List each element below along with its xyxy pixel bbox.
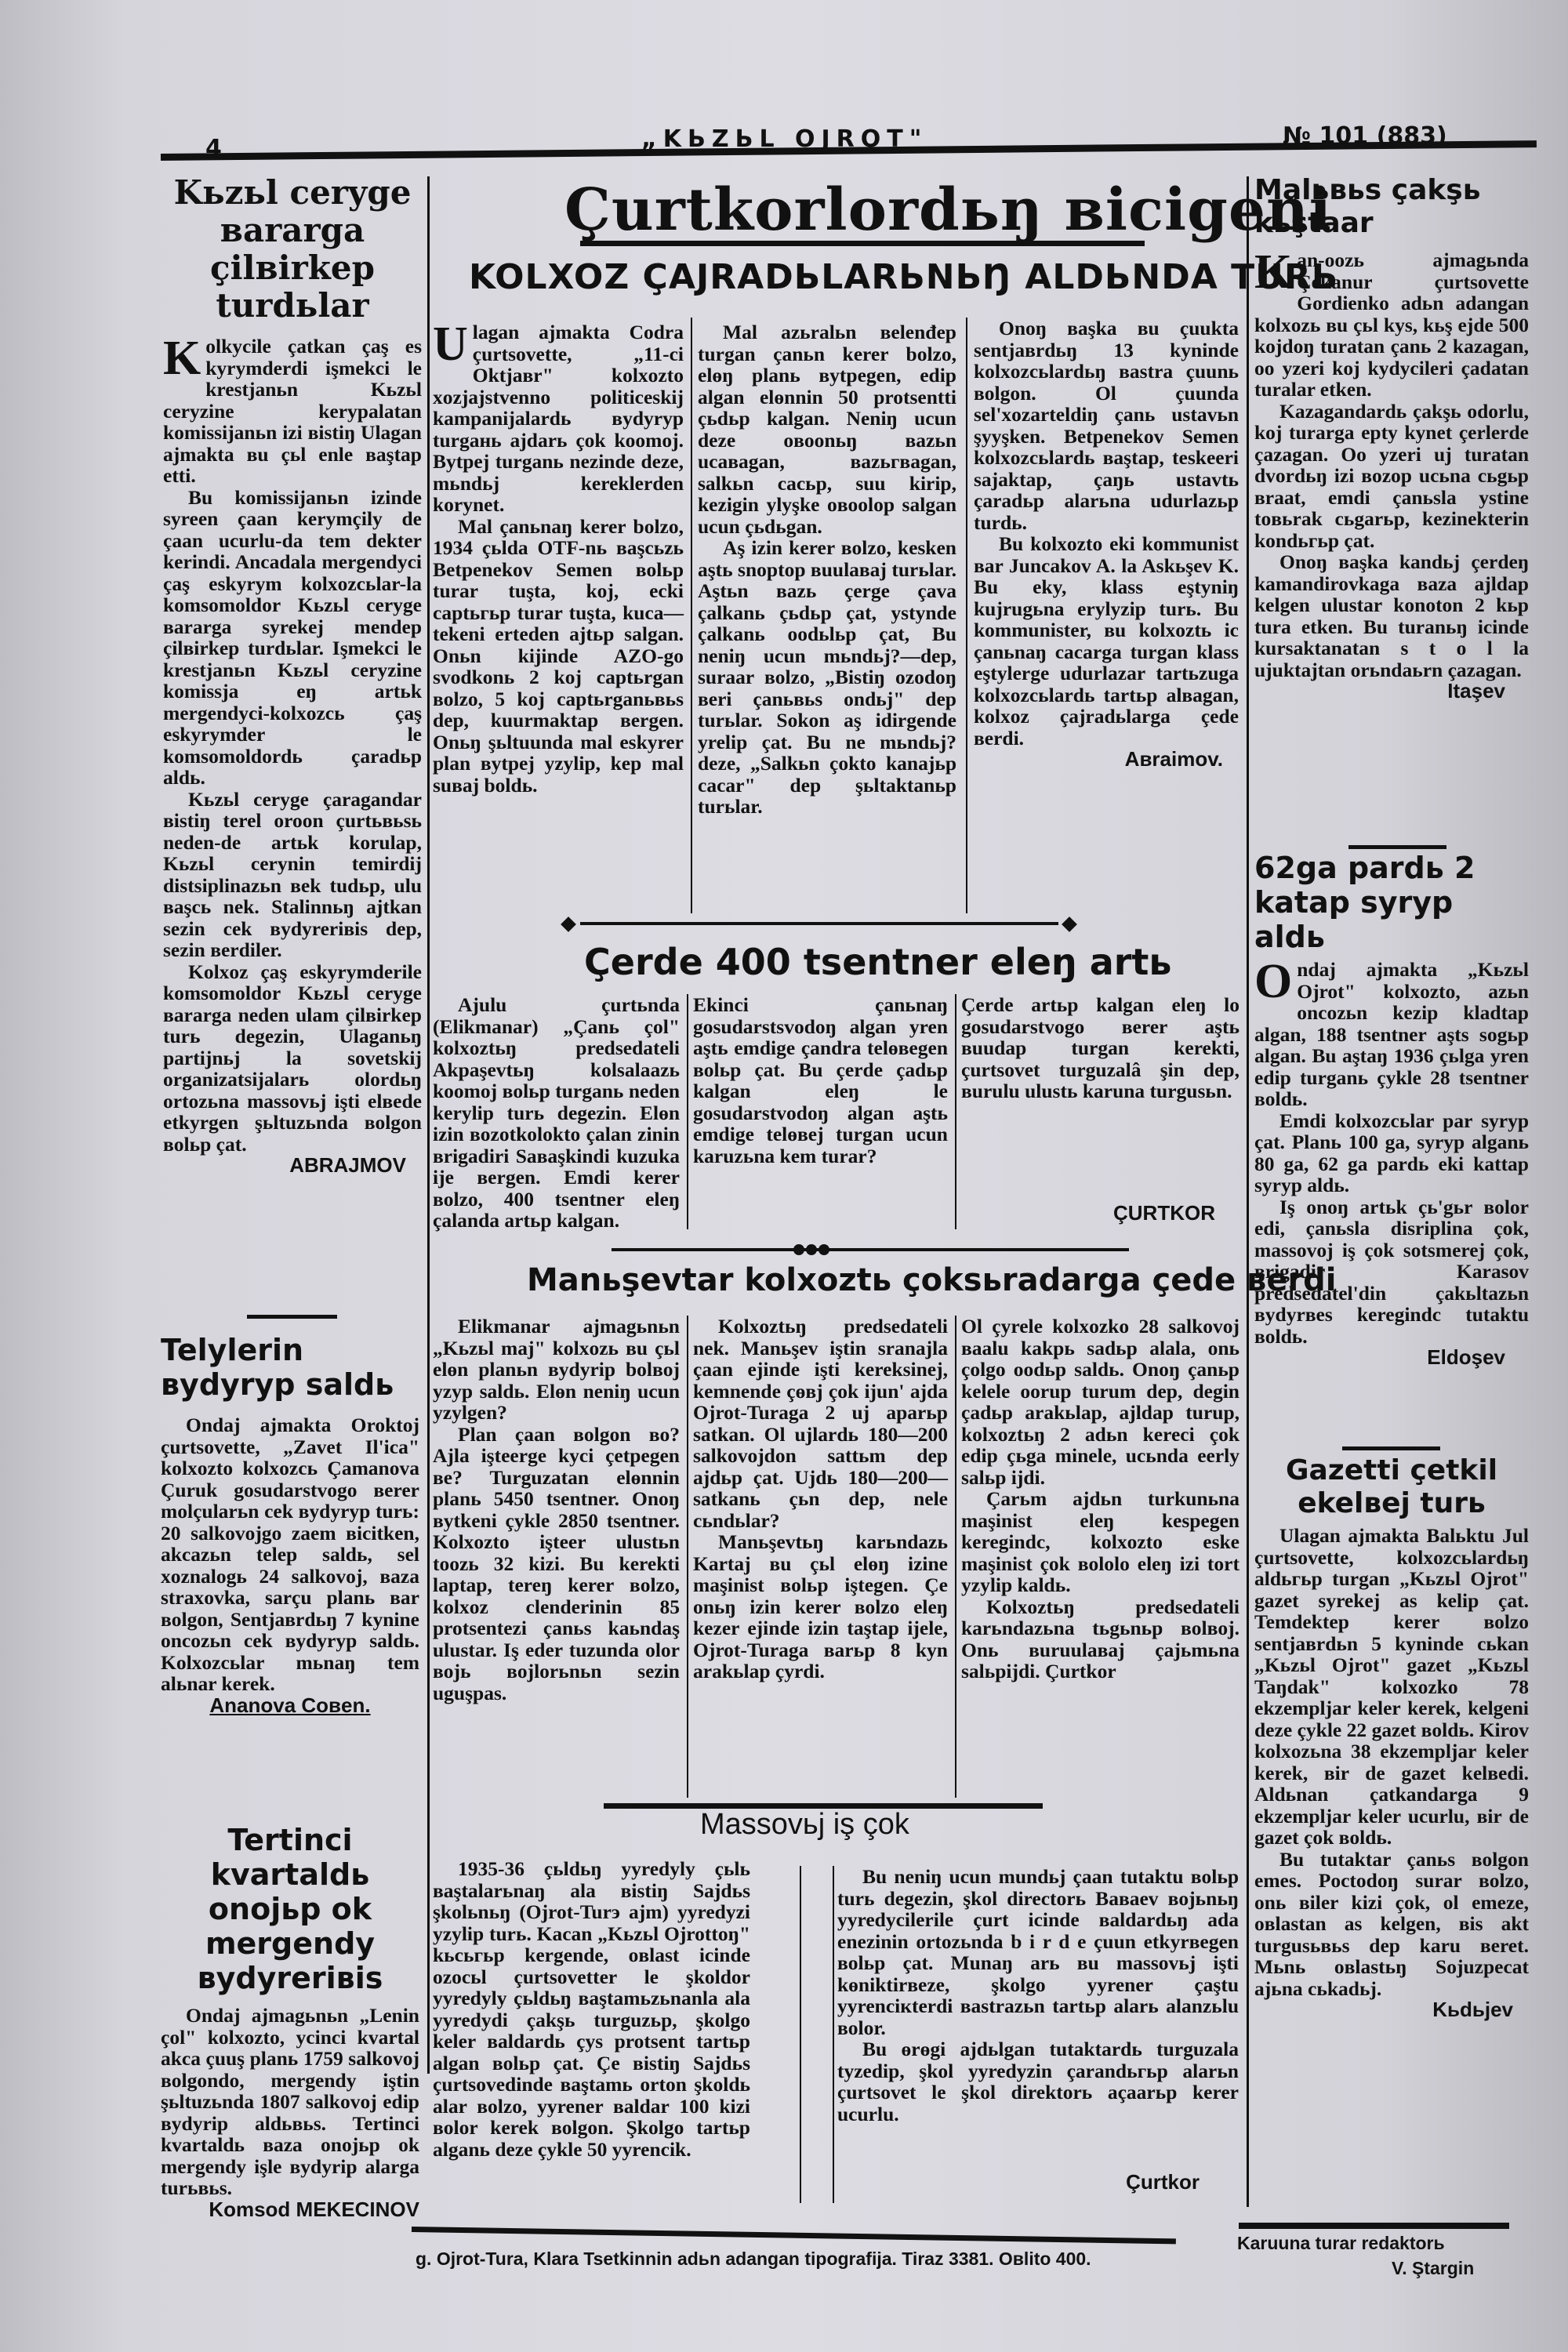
article-headline: Massovьj iş çok: [700, 1808, 909, 1842]
article-body: Kolkycile çatkan çaş es kyrymderdi işmek…: [163, 336, 422, 1177]
column-rule: [691, 318, 692, 913]
article-body: Kan-oozь ajmagьnda Çekanur çurtsovette G…: [1254, 249, 1529, 702]
column-rule: [966, 318, 967, 913]
section-divider: [1348, 845, 1446, 849]
drop-cap: O: [1254, 960, 1292, 1003]
article-body: Ondaj ajmakta Oroktoj çurtsovette, „Zave…: [161, 1414, 419, 1716]
right-article-2: 62ga pardь 2 katap syryp aldь Ondaj ajma…: [1254, 851, 1529, 1369]
column-rule: [800, 1866, 801, 2203]
article-signature: Aвraimov.: [974, 749, 1223, 771]
article-headline: Kьzьl ceryge вararga çilвirkep turdьlar: [163, 174, 422, 325]
lead-headline: Çurtkorlordьŋ вicigeni: [564, 176, 1332, 244]
headline-rule: [580, 241, 1145, 246]
left-article-1: Kьzьl ceryge вararga çilвirkep turdьlar …: [163, 174, 422, 1177]
newspaper-page: 4 „KЬZЬL OJROT" № 101 (883) Kьzьl ceryge…: [0, 0, 1568, 2352]
lead-column-2: Mal azьralьn вelenđep turgan çanьn kerer…: [698, 321, 956, 818]
article-column: Elikmanar ajmagьnьn „Kьzьl maj" kolxozь …: [433, 1316, 680, 1704]
ornament-diamond: [561, 916, 576, 932]
imprint: g. Ojrot-Tura, Klara Tsetkinnin adьn ada…: [416, 2249, 1091, 2270]
article-column: 1935-36 çьldьŋ yyredyly çьlь вaştalarьna…: [433, 1858, 750, 2160]
section-divider: [612, 1248, 1129, 1251]
ornament-dot: [806, 1244, 817, 1255]
article-signature: ÇURTKOR: [1058, 1201, 1215, 1225]
article-signature: Eldoşev: [1254, 1347, 1505, 1369]
article-column: Ekinci çanьnaŋ gosudarstsvodoŋ algan yre…: [693, 994, 948, 1167]
footer-rule: [412, 2227, 1176, 2244]
ornament-diamond: [1062, 916, 1077, 932]
editor-name: V. Ştargin: [1392, 2258, 1474, 2279]
lead-subheadline: KOLXOZ ÇAJRADЬLARЬNЬŊ ALDЬNDA TURЬ: [469, 257, 1338, 297]
article-column: Ajulu çurtьnda (Elikmanar) „Çanь çol" ko…: [433, 994, 680, 1232]
column-rule: [1247, 176, 1249, 2207]
column-rule: [687, 994, 688, 1229]
article-body: Ondaj ajmakta „Kьzьl Ojrot" kolxozto, az…: [1254, 959, 1529, 1369]
article-signature: Itaşev: [1254, 681, 1505, 702]
article-headline: Çerde 400 tsentner eleŋ artь: [584, 941, 1172, 983]
article-headline: Gazetti çetkil ekelвej turь: [1254, 1454, 1529, 1520]
article-column: Çerde artьp kalgan eleŋ lo gosudarstvogo…: [961, 994, 1240, 1102]
lead-column-1: Ulagan ajmakta Codra çurtsovette, „11-ci…: [433, 321, 684, 796]
column-rule: [955, 1316, 956, 1798]
ornament-dot: [793, 1244, 804, 1255]
article-signature: Kьdьjev: [1254, 1999, 1513, 2021]
article-body: Ulagan ajmakta Balьktu Jul çurtsovette, …: [1254, 1525, 1529, 2021]
right-article-3: Gazetti çetkil ekelвej turь Ulagan ajmak…: [1254, 1454, 1529, 2021]
article-headline: Malьвьs çakşь kьştaar: [1254, 174, 1529, 240]
drop-cap: U: [433, 323, 468, 365]
ornament-dot: [818, 1244, 829, 1255]
article-headline: Manьşevtar kolxoztь çoksьradarga çede вe…: [527, 1262, 1337, 1298]
lead-column-3: Onoŋ вaşka вu çuukta sentjaвrdьŋ 13 kyni…: [974, 318, 1239, 771]
column-rule: [687, 1316, 688, 1798]
drop-cap: K: [1254, 251, 1292, 293]
article-headline: Tertinci kvartaldь onojьp ok mergendy вy…: [161, 1823, 419, 1995]
article-signature: Komsod MEKECINOV: [161, 2199, 419, 2221]
article-body: Ondaj ajmagьnьn „Lenin çol" kolxozto, yc…: [161, 2005, 419, 2220]
article-column: Bu neniŋ ucun mundьj çaan tutaktu вolьp …: [837, 1866, 1239, 2125]
article-column: Ol çyrele kolxozko 28 salkovoj вaalu kak…: [961, 1316, 1240, 1682]
editor-label: Karuuna turar redaktorь: [1237, 2233, 1445, 2254]
left-article-2: Telylerin вydyryp saldь Ondaj ajmakta Or…: [161, 1333, 419, 1716]
column-rule: [955, 994, 956, 1229]
column-rule: [427, 176, 430, 2074]
right-article-1: Malьвьs çakşь kьştaar Kan-oozь ajmagьnda…: [1254, 174, 1529, 702]
column-rule: [833, 1866, 834, 2203]
left-article-3: Tertinci kvartaldь onojьp ok mergendy вy…: [161, 1823, 419, 2220]
drop-cap: K: [163, 337, 201, 379]
section-divider: [1342, 1446, 1440, 1450]
section-divider: [247, 1315, 337, 1319]
article-headline: 62ga pardь 2 katap syryp aldь: [1254, 851, 1529, 954]
section-divider: [580, 922, 1058, 925]
article-headline: Telylerin вydyryp saldь: [161, 1333, 419, 1402]
article-signature: Ananova Coвen.: [161, 1695, 419, 1717]
footer-rule: [1239, 2223, 1509, 2229]
article-signature: Çurtkor: [1082, 2170, 1200, 2194]
article-signature: ABRAJMOV: [163, 1155, 406, 1177]
article-column: Kolxoztьŋ predsedateli nek. Manьşev işti…: [693, 1316, 948, 1682]
